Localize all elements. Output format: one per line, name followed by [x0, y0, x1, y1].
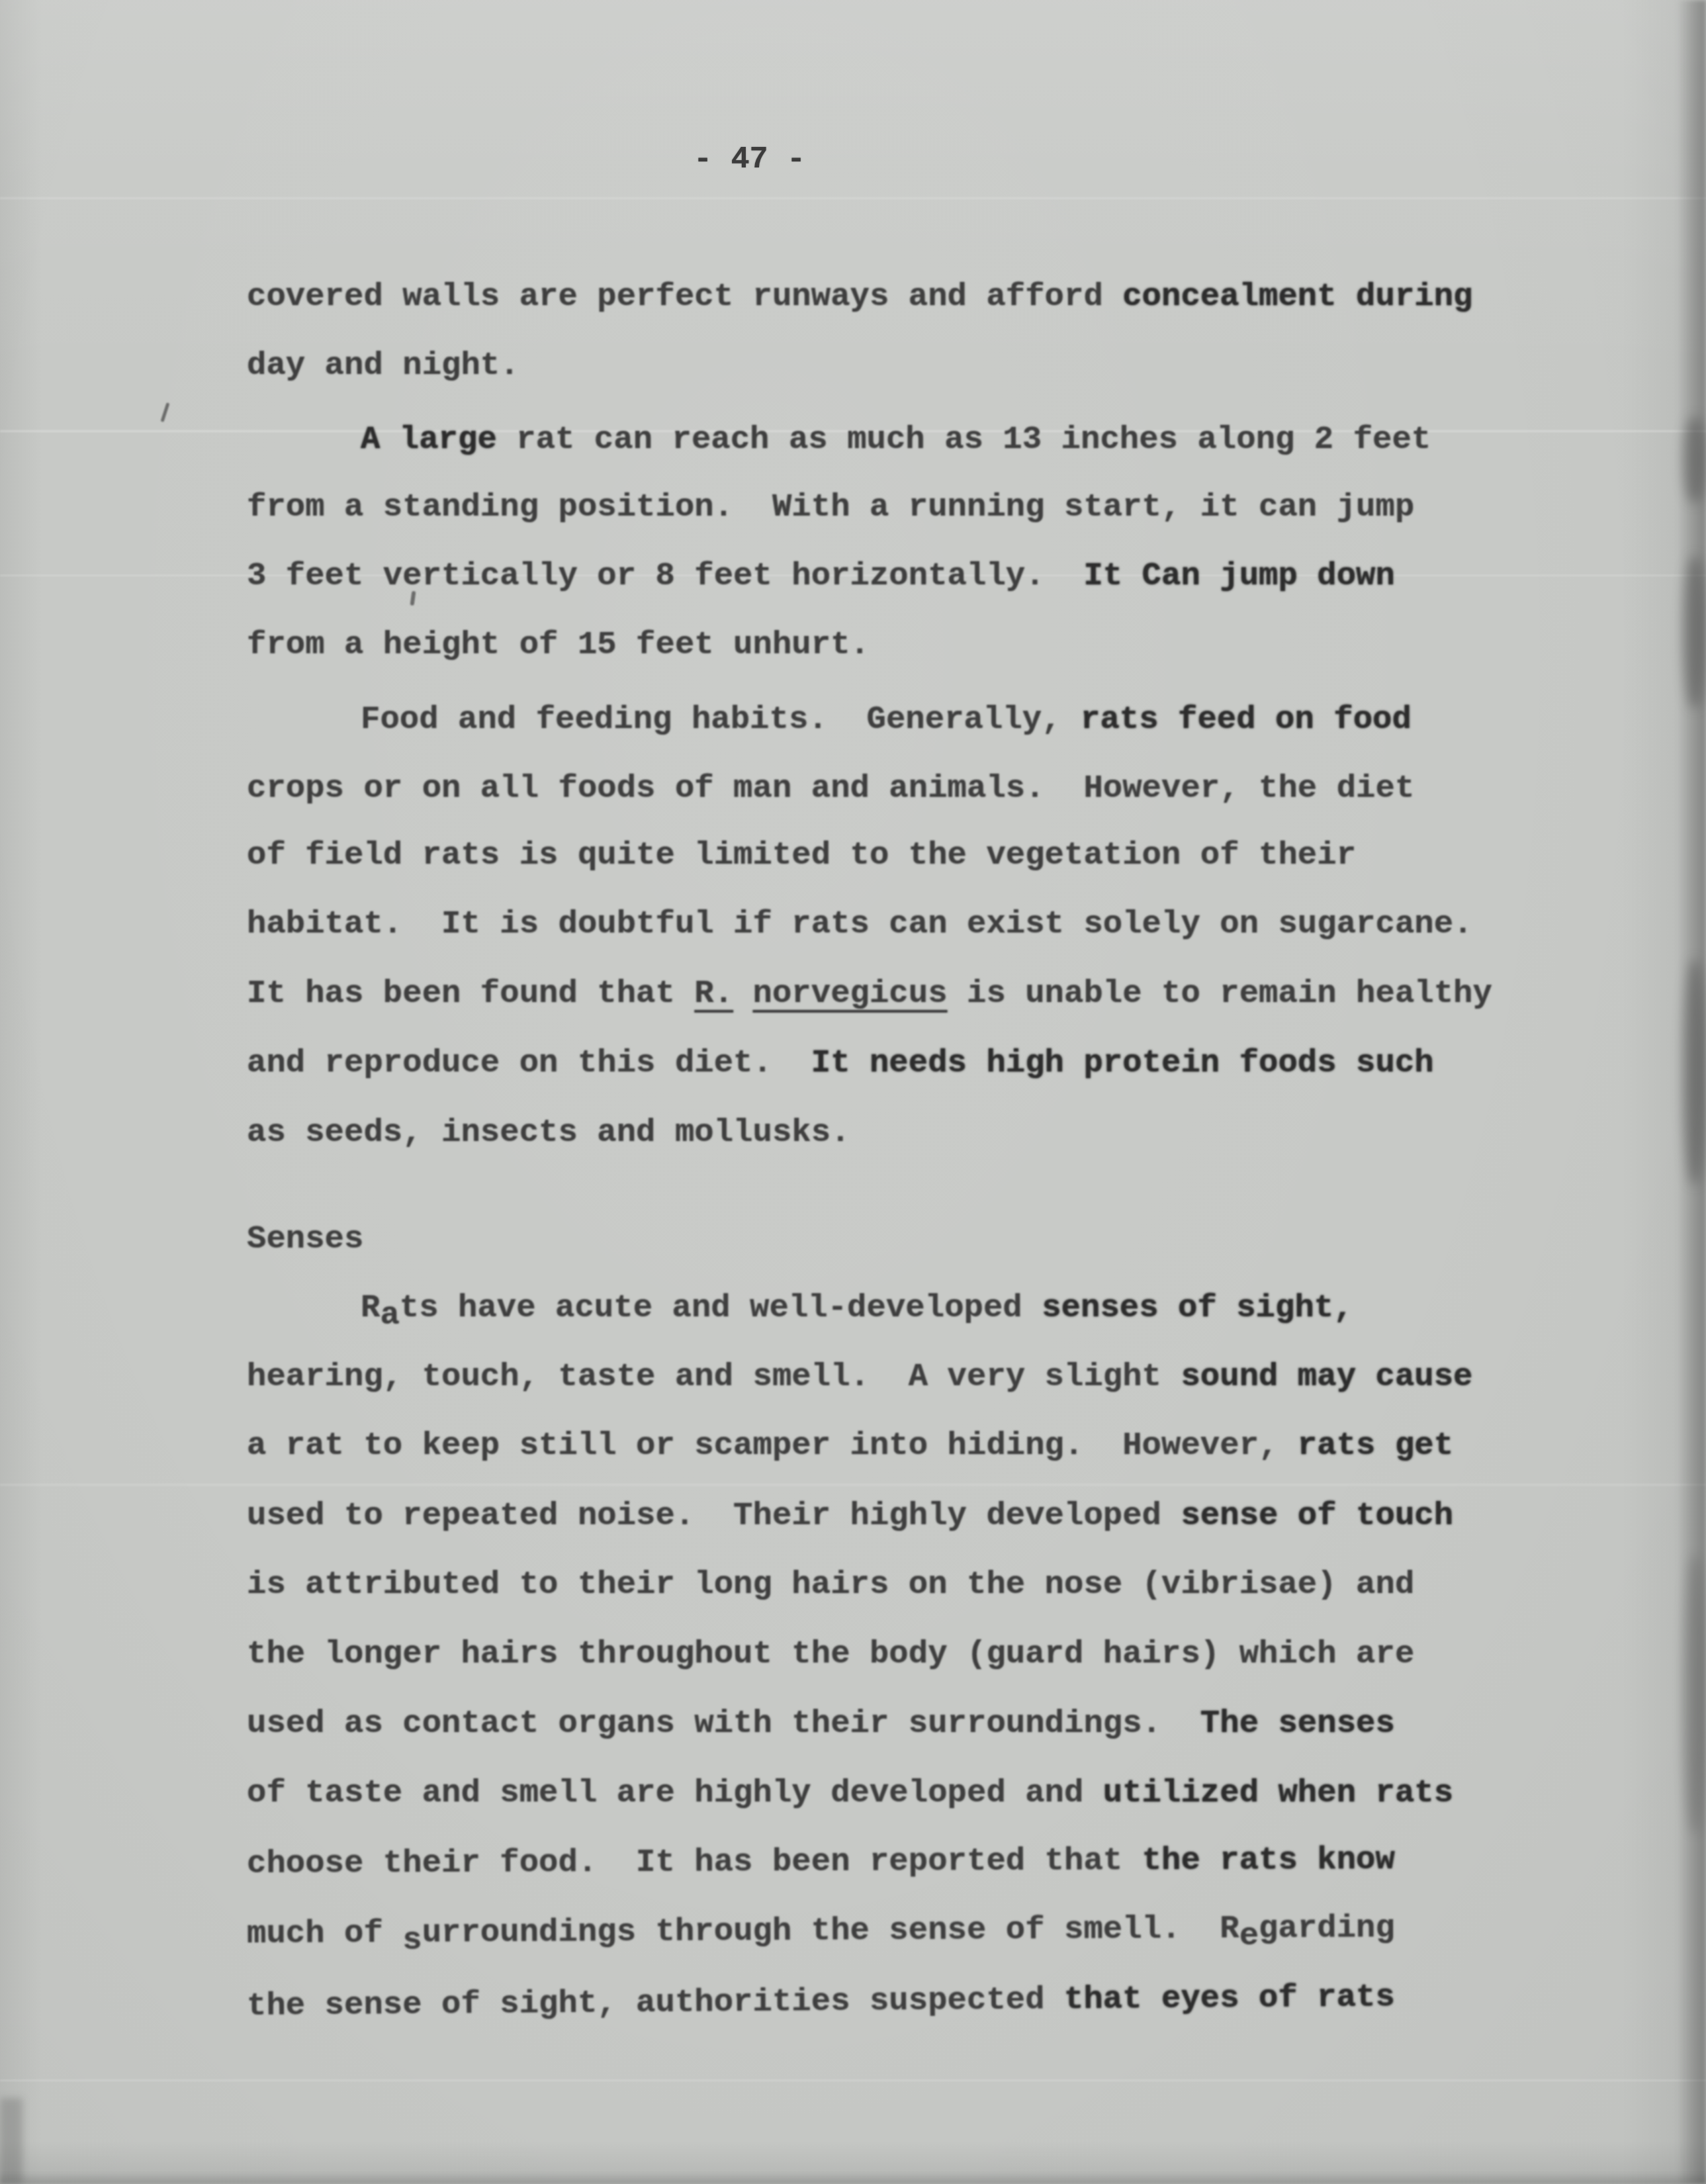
text-segment: and reproduce on this diet. — [247, 1044, 811, 1081]
text-line: from a standing position. With a running… — [247, 491, 1414, 523]
text-segment: concealment during — [1122, 278, 1472, 315]
text-segment: rats feed on food — [1081, 701, 1412, 738]
text-line: habitat. It is doubtful if rats can exis… — [247, 908, 1473, 940]
text-line: of taste and smell are highly developed … — [247, 1777, 1453, 1809]
text-line: A large rat can reach as much as 13 inch… — [361, 424, 1431, 456]
pencil-check-mark — [160, 402, 169, 422]
edge-smudge — [1684, 417, 1706, 503]
text-segment: A large — [361, 421, 497, 458]
text-line: Food and feeding habits. Generally, rats… — [361, 704, 1412, 736]
text-segment: of field rats is quite limited to the ve… — [247, 837, 1356, 874]
text-segment: that eyes of rats — [1064, 1978, 1395, 2018]
text-line: and reproduce on this diet. It needs hig… — [247, 1047, 1434, 1079]
text-segment: from a standing position. With a running… — [247, 488, 1414, 525]
text-segment: is unable to remain healthy — [948, 975, 1492, 1012]
scanned-document-page: - 47 - covered walls are perfect runways… — [0, 0, 1706, 2184]
text-segment: much of — [247, 1915, 403, 1952]
text-segment: used to repeated noise. Their highly dev… — [247, 1497, 1181, 1534]
text-segment: It needs high protein foods such — [811, 1044, 1434, 1081]
text-line: hearing, touch, taste and smell. A very … — [247, 1361, 1473, 1393]
text-segment: crops or on all foods of man and animals… — [247, 770, 1414, 807]
text-line: covered walls are perfect runways and af… — [247, 281, 1473, 313]
text-segment: rat can reach as much as 13 inches along… — [497, 421, 1431, 458]
text-segment: of taste and smell are highly developed … — [247, 1774, 1103, 1811]
text-segment: The senses — [1200, 1705, 1395, 1742]
text-line: from a height of 15 feet unhurt. — [247, 629, 870, 661]
text-segment: the longer hairs throughout the body (gu… — [247, 1635, 1414, 1672]
text-line: used to repeated noise. Their highly dev… — [247, 1500, 1453, 1532]
text-segment: It Can jump down — [1083, 557, 1394, 594]
text-segment: sense of touch — [1181, 1497, 1453, 1534]
text-segment: is attributed to their long hairs on the… — [247, 1566, 1414, 1603]
text-segment: choose their food. It has been reported … — [247, 1842, 1142, 1882]
corner-shadow — [0, 2098, 22, 2184]
text-line: is attributed to their long hairs on the… — [247, 1569, 1414, 1601]
text-line: It has been found that R. norvegicus is … — [247, 978, 1492, 1010]
text-segment: from a height of 15 feet unhurt. — [247, 626, 870, 663]
text-line: choose their food. It has been reported … — [247, 1844, 1395, 1880]
underlined-species-name: R. — [694, 975, 733, 1012]
text-segment: 3 feet vertically or 8 feet horizontally… — [247, 557, 1083, 594]
text-line: a rat to keep still or scamper into hidi… — [247, 1430, 1453, 1462]
text-segment: senses of sight, — [1042, 1289, 1353, 1326]
text-segment: habitat. It is doubtful if rats can exis… — [247, 905, 1473, 942]
text-segment: the rats know — [1142, 1841, 1395, 1879]
edge-smudge — [1684, 1555, 1706, 1833]
bottom-edge-shadow — [0, 2172, 1706, 2184]
page-number: - 47 - — [694, 142, 805, 177]
text-segment: ts have acute and well-developed — [400, 1289, 1042, 1326]
text-segment: used as contact organs with their surrou… — [247, 1705, 1200, 1742]
scan-streak — [0, 197, 1706, 199]
text-segment: urroundings through the sense of smell. … — [422, 1910, 1239, 1951]
text-segment: a rat to keep still or scamper into hidi… — [247, 1427, 1298, 1464]
text-segment: hearing, touch, taste and smell. A very … — [247, 1358, 1181, 1395]
text-segment: rats get — [1298, 1427, 1453, 1464]
text-line: Rats have acute and well-developed sense… — [361, 1292, 1353, 1324]
text-line: 3 feet vertically or 8 feet horizontally… — [247, 560, 1395, 592]
edge-smudge — [1684, 556, 1706, 708]
section-heading: Senses — [247, 1223, 363, 1255]
scan-streak — [0, 1484, 1706, 1486]
text-segment: covered walls are perfect runways and af… — [247, 278, 1122, 315]
text-line: crops or on all foods of man and animals… — [247, 772, 1414, 805]
text-line: day and night. — [247, 349, 519, 382]
text-segment: a — [380, 1297, 399, 1334]
scan-streak — [0, 2079, 1706, 2081]
text-segment: It has been found that — [247, 975, 694, 1012]
text-line: used as contact organs with their surrou… — [247, 1707, 1395, 1740]
text-segment — [733, 975, 752, 1012]
text-segment: R — [361, 1289, 380, 1326]
text-segment: sound may cause — [1181, 1358, 1472, 1395]
underlined-species-name: norvegicus — [753, 975, 948, 1012]
text-segment: Senses — [247, 1220, 363, 1257]
text-segment: Food and feeding habits. Generally, — [361, 701, 1081, 738]
text-line: of field rats is quite limited to the ve… — [247, 839, 1356, 872]
text-line: the longer hairs throughout the body (gu… — [247, 1638, 1414, 1670]
text-line: the sense of sight, authorities suspecte… — [247, 1981, 1395, 2023]
text-segment: s — [402, 1922, 422, 1959]
text-segment: day and night. — [247, 347, 519, 384]
text-segment: garding — [1259, 1909, 1395, 1947]
text-segment: e — [1239, 1917, 1259, 1954]
text-line: much of surroundings through the sense o… — [247, 1912, 1395, 1950]
text-segment: the sense of sight, authorities suspecte… — [247, 1981, 1064, 2025]
edge-smudge — [1684, 960, 1706, 1185]
text-segment: utilized when rats — [1103, 1774, 1453, 1811]
text-segment: as seeds, insects and mollusks. — [247, 1114, 850, 1151]
text-line: as seeds, insects and mollusks. — [247, 1116, 850, 1149]
